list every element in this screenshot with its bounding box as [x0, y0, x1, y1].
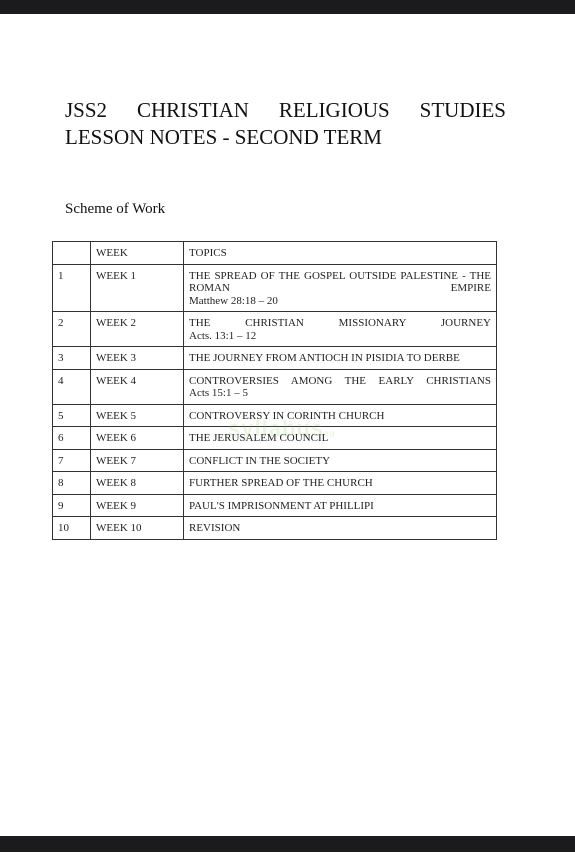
topic-title: CONFLICT IN THE SOCIETY	[189, 455, 491, 468]
cell-number: 6	[53, 427, 91, 450]
cell-week: WEEK 9	[91, 494, 184, 517]
cell-week: WEEK 6	[91, 427, 184, 450]
topic-title: THE JERUSALEM COUNCIL	[189, 432, 491, 445]
cell-week: WEEK 5	[91, 404, 184, 427]
topic-title: THE SPREAD OF THE GOSPEL OUTSIDE PALESTI…	[189, 270, 491, 295]
title-line-2: LESSON NOTES - SECOND TERM	[65, 124, 506, 151]
table-row: 1WEEK 1THE SPREAD OF THE GOSPEL OUTSIDE …	[53, 264, 497, 312]
cell-topic: CONFLICT IN THE SOCIETY	[184, 449, 497, 472]
cell-week: WEEK 1	[91, 264, 184, 312]
cell-number: 8	[53, 472, 91, 495]
section-heading: Scheme of Work	[65, 201, 165, 218]
viewer-bottom-bar	[0, 836, 575, 852]
title-word: CHRISTIAN	[137, 97, 249, 124]
cell-topic: PAUL'S IMPRISONMENT AT PHILLIPI	[184, 494, 497, 517]
cell-topic: REVISION	[184, 517, 497, 540]
document-title: JSS2 CHRISTIAN RELIGIOUS STUDIES LESSON …	[65, 97, 506, 151]
table-row: 9WEEK 9PAUL'S IMPRISONMENT AT PHILLIPI	[53, 494, 497, 517]
title-line-1: JSS2 CHRISTIAN RELIGIOUS STUDIES	[65, 97, 506, 124]
topic-title: THE JOURNEY FROM ANTIOCH IN PISIDIA TO D…	[189, 352, 491, 365]
cell-topic: CONTROVERSIES AMONG THE EARLY CHRISTIANS…	[184, 369, 497, 404]
topic-title: CONTROVERSY IN CORINTH CHURCH	[189, 410, 491, 423]
cell-week: WEEK 2	[91, 312, 184, 347]
table-row: 5WEEK 5CONTROVERSY IN CORINTH CHURCH	[53, 404, 497, 427]
topic-title: FURTHER SPREAD OF THE CHURCH	[189, 477, 491, 490]
scripture-reference: Acts. 13:1 – 12	[189, 330, 491, 343]
cell-week: WEEK 3	[91, 347, 184, 370]
topic-title: CONTROVERSIES AMONG THE EARLY CHRISTIANS	[189, 375, 491, 388]
table-row: 8WEEK 8FURTHER SPREAD OF THE CHURCH	[53, 472, 497, 495]
table-row: 2WEEK 2THE CHRISTIAN MISSIONARY JOURNEYA…	[53, 312, 497, 347]
table-header-row: WEEK TOPICS	[53, 242, 497, 265]
header-cell-week: WEEK	[91, 242, 184, 265]
cell-topic: CONTROVERSY IN CORINTH CHURCH	[184, 404, 497, 427]
table-row: 4WEEK 4CONTROVERSIES AMONG THE EARLY CHR…	[53, 369, 497, 404]
cell-number: 4	[53, 369, 91, 404]
cell-number: 9	[53, 494, 91, 517]
cell-topic: THE SPREAD OF THE GOSPEL OUTSIDE PALESTI…	[184, 264, 497, 312]
scripture-reference: Acts 15:1 – 5	[189, 387, 491, 400]
cell-week: WEEK 10	[91, 517, 184, 540]
cell-number: 10	[53, 517, 91, 540]
cell-week: WEEK 8	[91, 472, 184, 495]
topic-title: PAUL'S IMPRISONMENT AT PHILLIPI	[189, 500, 491, 513]
table-row: 6WEEK 6THE JERUSALEM COUNCIL	[53, 427, 497, 450]
cell-week: WEEK 4	[91, 369, 184, 404]
topic-title: REVISION	[189, 522, 491, 535]
header-cell-topics: TOPICS	[184, 242, 497, 265]
table-row: 3WEEK 3THE JOURNEY FROM ANTIOCH IN PISID…	[53, 347, 497, 370]
cell-number: 3	[53, 347, 91, 370]
cell-number: 5	[53, 404, 91, 427]
cell-number: 7	[53, 449, 91, 472]
cell-topic: THE JERUSALEM COUNCIL	[184, 427, 497, 450]
cell-topic: FURTHER SPREAD OF THE CHURCH	[184, 472, 497, 495]
title-word: STUDIES	[420, 97, 506, 124]
cell-topic: THE JOURNEY FROM ANTIOCH IN PISIDIA TO D…	[184, 347, 497, 370]
title-word: JSS2	[65, 97, 107, 124]
scripture-reference: Matthew 28:18 – 20	[189, 295, 491, 308]
cell-topic: THE CHRISTIAN MISSIONARY JOURNEYActs. 13…	[184, 312, 497, 347]
cell-number: 2	[53, 312, 91, 347]
viewer-top-bar	[0, 0, 575, 14]
title-word: RELIGIOUS	[279, 97, 390, 124]
cell-week: WEEK 7	[91, 449, 184, 472]
topic-title: THE CHRISTIAN MISSIONARY JOURNEY	[189, 317, 491, 330]
table-row: 10WEEK 10REVISION	[53, 517, 497, 540]
scheme-of-work-table: WEEK TOPICS 1WEEK 1THE SPREAD OF THE GOS…	[52, 241, 497, 540]
cell-number: 1	[53, 264, 91, 312]
table-row: 7WEEK 7CONFLICT IN THE SOCIETY	[53, 449, 497, 472]
header-cell-number	[53, 242, 91, 265]
